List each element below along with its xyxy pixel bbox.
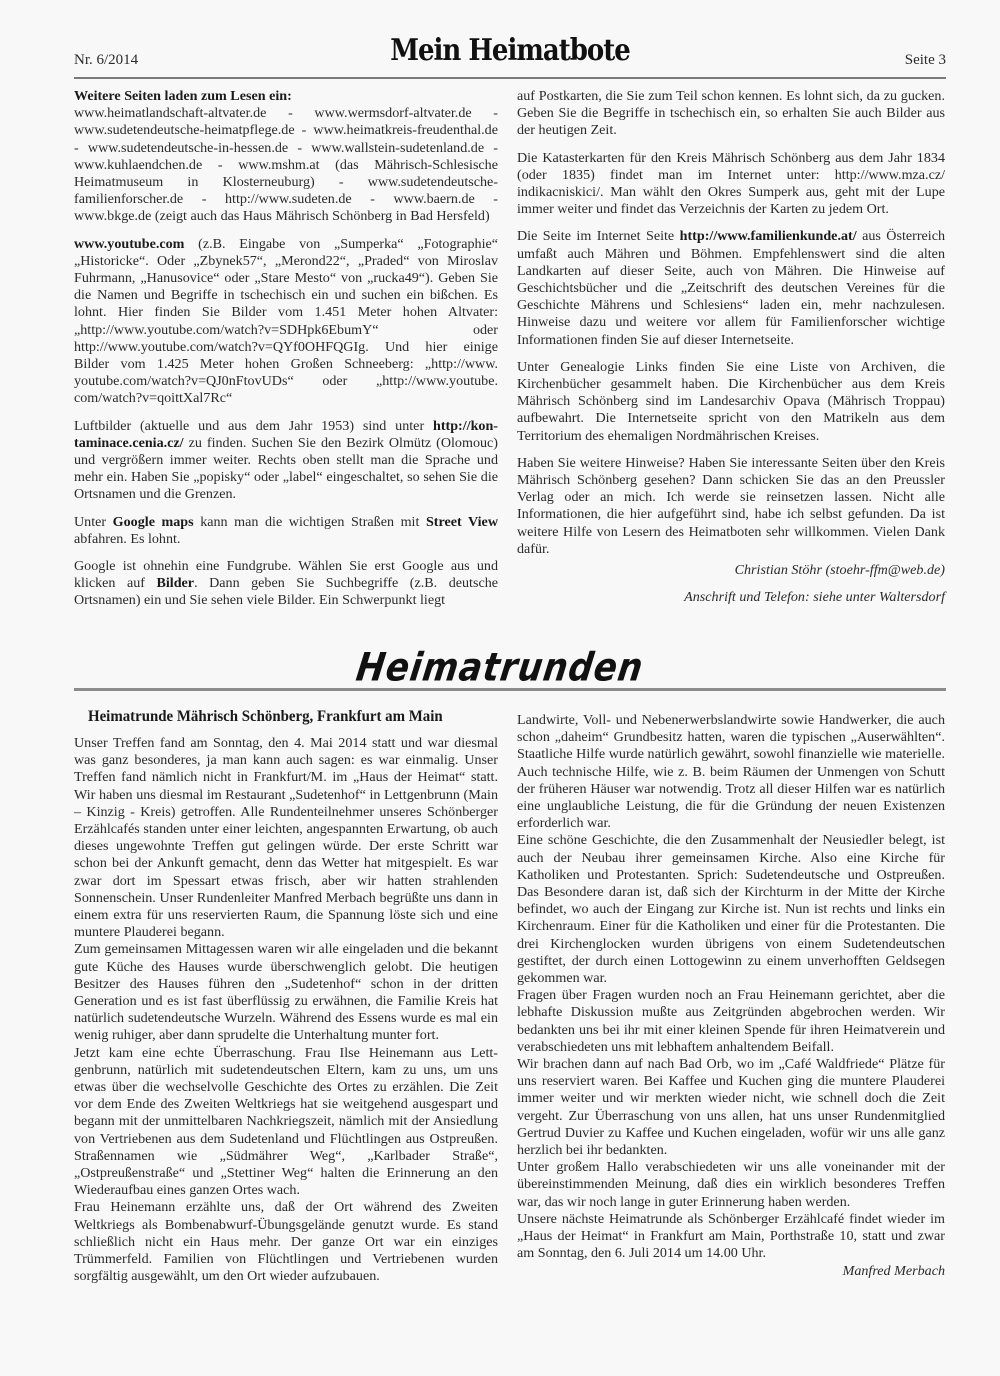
paragraph: Unser Treffen fand am Sonntag, den 4. Ma… xyxy=(74,735,498,941)
paragraph-text: aus Österreich umfaßt auch Mähren und Bö… xyxy=(517,228,945,347)
article-heading: Weitere Seiten laden zum Lesen ein: xyxy=(74,88,292,104)
paragraph: Google ist ohnehin eine Fundgrube. Wähle… xyxy=(74,558,498,610)
paragraph: Eine schöne Geschichte, die den Zusammen… xyxy=(517,832,945,987)
link-text: http://www.familienkunde.at/ xyxy=(680,228,857,244)
paragraph: Haben Sie weitere Hinweise? Haben Sie in… xyxy=(517,455,945,558)
meeting-article-right-column: Landwirte, Voll- und Nebenerwerbslandwir… xyxy=(517,712,945,1290)
paragraph: Unter Genealogie Links finden Sie eine L… xyxy=(517,359,945,445)
bold-term: Google maps xyxy=(113,514,194,530)
bold-term: Bilder xyxy=(156,575,194,591)
paragraph: Die Seite im Internet Seite http://www.f… xyxy=(517,228,945,348)
page-header: Nr. 6/2014 Mein Heimatbote Seite 3 xyxy=(74,36,946,80)
paragraph: Zum gemeinsamen Mittagessen waren wir al… xyxy=(74,941,498,1044)
page-number: Seite 3 xyxy=(905,52,946,69)
author-signature: Christian Stöhr (stoehr-ffm@web.de) xyxy=(517,562,945,579)
paragraph: Wir brachen dann auf nach Bad Orb, wo im… xyxy=(517,1056,945,1159)
bold-term: Street View xyxy=(426,514,498,530)
paragraph: Die Katasterkarten für den Kreis Mährisc… xyxy=(517,150,945,219)
link-text: www.youtube.com xyxy=(74,236,184,252)
links-article-left-column: Weitere Seiten laden zum Lesen ein: www.… xyxy=(74,88,498,620)
newspaper-page: Nr. 6/2014 Mein Heimatbote Seite 3 Weite… xyxy=(0,0,1000,1376)
meeting-article-left-column: Unser Treffen fand am Sonntag, den 4. Ma… xyxy=(74,735,498,1286)
paragraph-text: kann man die wichtigen Straßen mit xyxy=(194,514,426,530)
paragraph: auf Postkarten, die Sie zum Teil schon k… xyxy=(517,88,945,140)
paragraph: Fragen über Fragen wurden noch an Frau H… xyxy=(517,987,945,1056)
paragraph-text: Unter xyxy=(74,514,113,530)
paragraph-text: abfahren. Es lohnt. xyxy=(74,531,180,547)
paragraph: www.youtube.com (z.B. Eingabe von „Sumpe… xyxy=(74,236,498,408)
paragraph: Unsere nächste Heimatrunde als Schönberg… xyxy=(517,1211,945,1263)
paragraph: Jetzt kam eine echte Überraschung. Frau … xyxy=(74,1045,498,1200)
section-divider xyxy=(74,688,946,691)
links-article-right-column: auf Postkarten, die Sie zum Teil schon k… xyxy=(517,88,945,616)
author-signature: Manfred Merbach xyxy=(517,1263,945,1280)
paragraph: Landwirte, Voll- und Nebenerwerbslandwir… xyxy=(517,712,945,832)
paragraph-text: Die Seite im Internet Seite xyxy=(517,228,680,244)
paragraph: Luftbilder (aktuelle und aus dem Jahr 19… xyxy=(74,418,498,504)
paragraph: Unter Google maps kann man die wichtigen… xyxy=(74,514,498,548)
paragraph-text: (z.B. Eingabe von „Sumperka“ „Fotographi… xyxy=(74,236,498,407)
section-title: Heimatrunden xyxy=(0,645,1000,691)
paragraph: Unter großem Hallo verabschiedeten wir u… xyxy=(517,1159,945,1211)
paragraph-text: Luftbilder (aktuelle und aus dem Jahr 19… xyxy=(74,418,433,434)
article-heading: Heimatrunde Mährisch Schönberg, Frankfur… xyxy=(88,708,472,726)
paragraph: Frau Heinemann erzählte uns, daß der Ort… xyxy=(74,1199,498,1285)
paragraph: www.heimatlandschaft-altvater.de - www.w… xyxy=(74,105,498,225)
masthead-title: Mein Heimatbote xyxy=(74,34,946,69)
header-divider xyxy=(74,77,946,79)
author-contact-note: Anschrift und Telefon: siehe unter Walte… xyxy=(517,589,945,606)
